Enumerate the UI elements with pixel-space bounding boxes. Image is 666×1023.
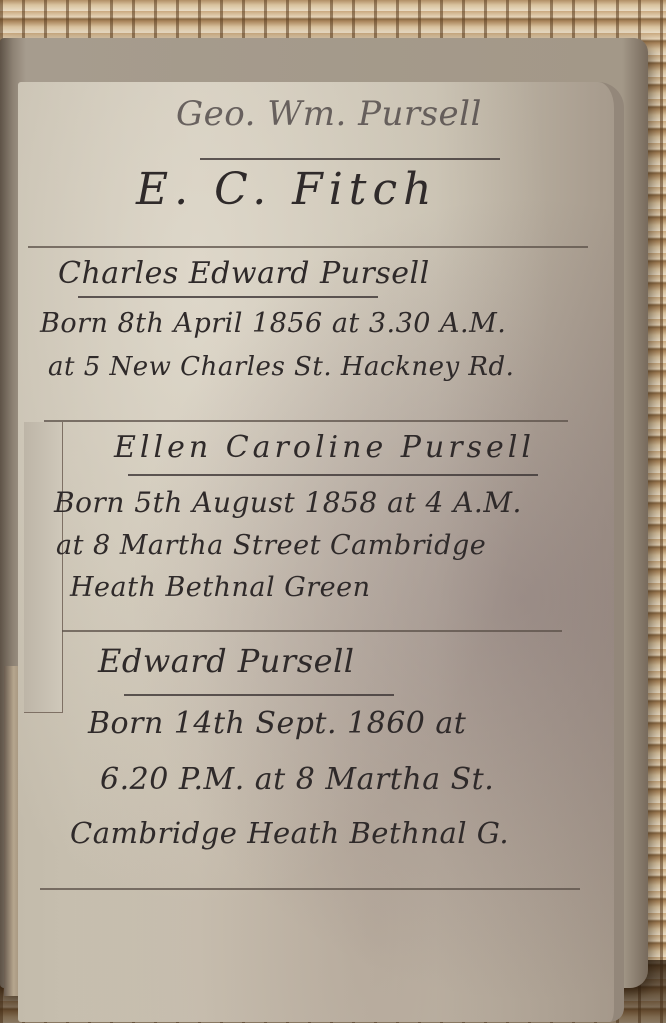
entry-name: Edward Pursell — [98, 642, 355, 680]
entry-address: at 5 New Charles St. Hackney Rd. — [48, 352, 514, 382]
book: Geo. Wm. Pursell E. C. Fitch Charles Edw… — [0, 38, 648, 988]
header-signature-1: Geo. Wm. Pursell — [176, 94, 482, 134]
entry-address-continued: Heath Bethnal Green — [70, 572, 371, 603]
entry-name-underline — [128, 474, 538, 476]
record-page: Geo. Wm. Pursell E. C. Fitch Charles Edw… — [18, 82, 624, 1022]
paper-repair-patch — [24, 422, 63, 713]
section-divider — [62, 630, 562, 632]
entry-name: Ellen Caroline Pursell — [114, 430, 535, 465]
section-divider — [44, 420, 568, 422]
entry-birth-date: Born 14th Sept. 1860 at — [88, 706, 466, 741]
entry-address: at 8 Martha Street Cambridge — [56, 530, 486, 561]
entry-name-underline — [78, 296, 378, 298]
entry-birth-date: Born 8th April 1856 at 3.30 A.M. — [40, 308, 506, 339]
entry-name: Charles Edward Pursell — [58, 256, 430, 291]
entry-birth-time-address: 6.20 P.M. at 8 Martha St. — [100, 762, 494, 797]
entry-birth-date: Born 5th August 1858 at 4 A.M. — [54, 486, 522, 519]
header-underline-1 — [200, 158, 500, 160]
section-divider — [40, 888, 580, 890]
entry-address: Cambridge Heath Bethnal G. — [70, 816, 509, 850]
section-divider — [28, 246, 588, 248]
header-signature-2: E. C. Fitch — [136, 164, 437, 215]
entry-name-underline — [124, 694, 394, 696]
